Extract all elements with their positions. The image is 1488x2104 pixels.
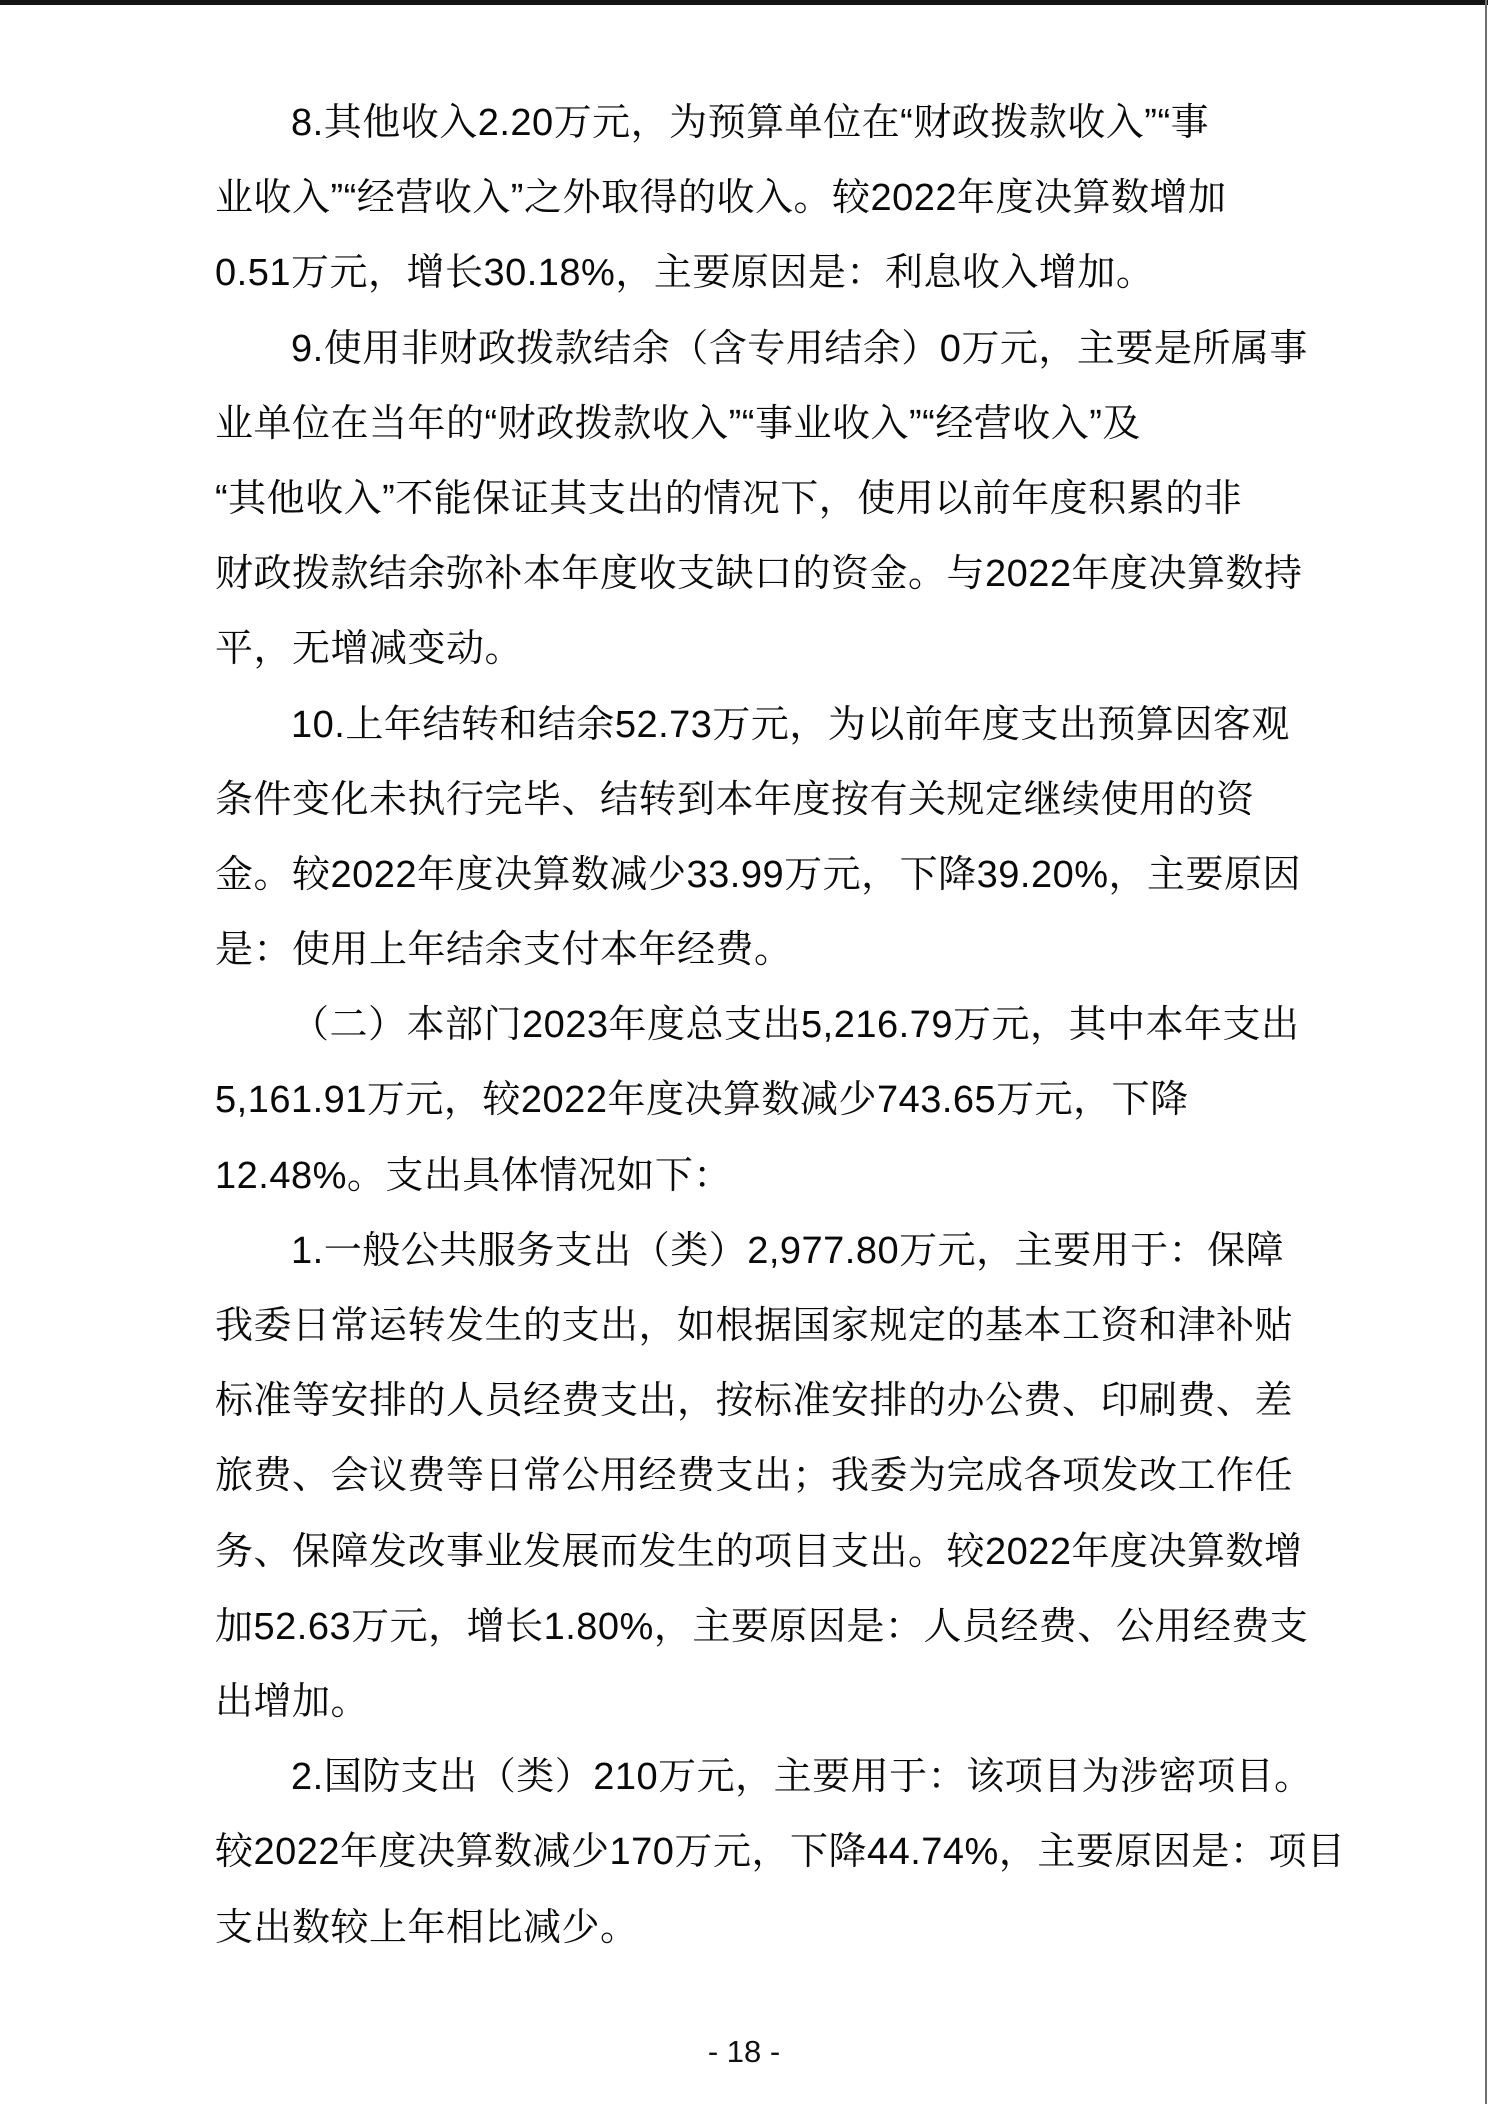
body-text: 8.其他收入2.20万元，为预算单位在“财政拨款收入”“事 业收入”“经营收入”… — [215, 86, 1295, 1966]
text-line: 加52.63万元，增长1.80%，主要原因是：人员经费、公用经费支 — [215, 1590, 1295, 1665]
text-line: 0.51万元，增长30.18%，主要原因是：利息收入增加。 — [215, 236, 1295, 311]
document-page: { "document": { "lines": [ "8.其他收入2.20万元… — [0, 0, 1488, 2104]
text-line: 2.国防支出（类）210万元，主要用于：该项目为涉密项目。 — [215, 1740, 1295, 1815]
text-line: 财政拨款结余弥补本年度收支缺口的资金。与2022年度决算数持 — [215, 537, 1295, 612]
text-line: 标准等安排的人员经费支出，按标准安排的办公费、印刷费、差 — [215, 1364, 1295, 1439]
text-line: 金。较2022年度决算数减少33.99万元，下降39.20%，主要原因 — [215, 838, 1295, 913]
page-number: - 18 - — [0, 2032, 1488, 2072]
text-line: “其他收入”不能保证其支出的情况下，使用以前年度积累的非 — [215, 462, 1295, 537]
text-line: 支出数较上年相比减少。 — [215, 1891, 1295, 1966]
text-line: （二）本部门2023年度总支出5,216.79万元，其中本年支出 — [215, 988, 1295, 1063]
text-line: 业单位在当年的“财政拨款收入”“事业收入”“经营收入”及 — [215, 387, 1295, 462]
text-line: 务、保障发改事业发展而发生的项目支出。较2022年度决算数增 — [215, 1515, 1295, 1590]
text-line: 出增加。 — [215, 1665, 1295, 1740]
text-line: 业收入”“经营收入”之外取得的收入。较2022年度决算数增加 — [215, 161, 1295, 236]
text-line: 较2022年度决算数减少170万元，下降44.74%，主要原因是：项目 — [215, 1815, 1295, 1890]
text-line: 9.使用非财政拨款结余（含专用结余）0万元，主要是所属事 — [215, 312, 1295, 387]
scan-right-edge-line — [1485, 0, 1487, 2104]
text-line: 8.其他收入2.20万元，为预算单位在“财政拨款收入”“事 — [215, 86, 1295, 161]
text-line: 10.上年结转和结余52.73万元，为以前年度支出预算因客观 — [215, 688, 1295, 763]
text-line: 1.一般公共服务支出（类）2,977.80万元，主要用于：保障 — [215, 1214, 1295, 1289]
text-line: 5,161.91万元，较2022年度决算数减少743.65万元，下降 — [215, 1063, 1295, 1138]
text-line: 旅费、会议费等日常公用经费支出；我委为完成各项发改工作任 — [215, 1439, 1295, 1514]
text-line: 12.48%。支出具体情况如下： — [215, 1139, 1295, 1214]
text-line: 平，无增减变动。 — [215, 612, 1295, 687]
scan-top-edge-bar — [0, 0, 1488, 5]
text-line: 是：使用上年结余支付本年经费。 — [215, 913, 1295, 988]
text-line: 条件变化未执行完毕、结转到本年度按有关规定继续使用的资 — [215, 763, 1295, 838]
text-line: 我委日常运转发生的支出，如根据国家规定的基本工资和津补贴 — [215, 1289, 1295, 1364]
